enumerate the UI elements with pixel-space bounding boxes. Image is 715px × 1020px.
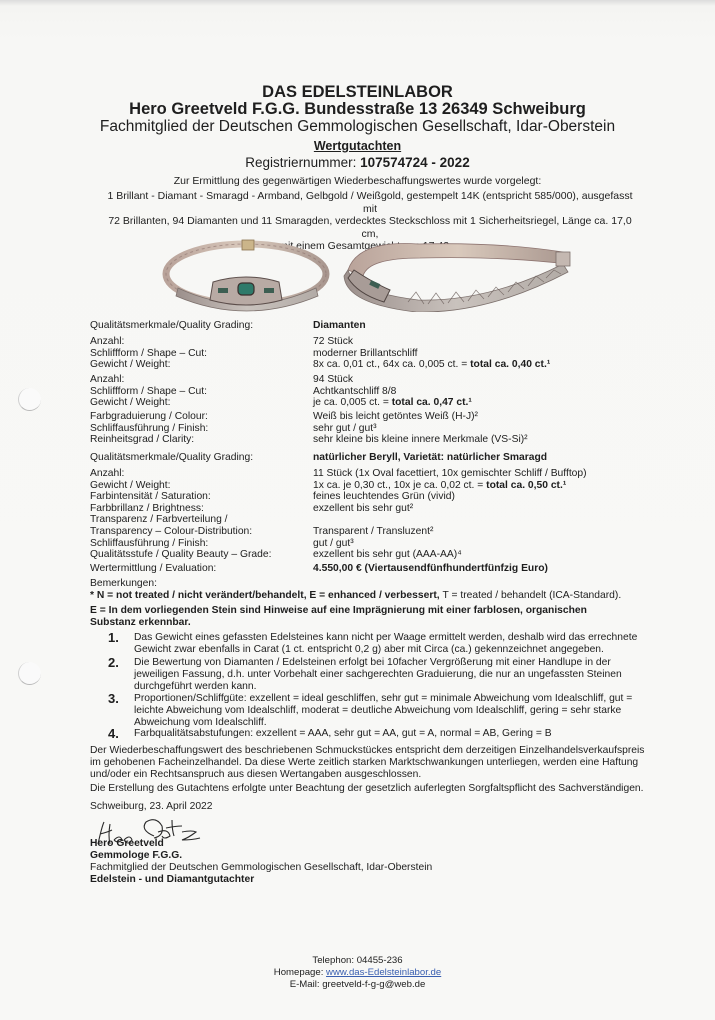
appraiser-name: Hero Greetveld — [90, 838, 164, 850]
diamonds-group1-labels: Anzahl: Schliffform / Shape – Cut: Gewic… — [90, 336, 207, 371]
emerald-values: 11 Stück (1x Oval facettiert, 10x gemisc… — [313, 468, 587, 561]
homepage-link[interactable]: www.das-Edelsteinlabor.de — [326, 967, 441, 978]
diamonds-group2-labels: Anzahl: Schliffform / Shape – Cut: Gewic… — [90, 374, 207, 409]
intro-text: Zur Ermittlung des gegenwärtigen Wiederb… — [0, 175, 715, 187]
diamonds-quality-labels: Farbgraduierung / Colour: Schliffausführ… — [90, 411, 208, 446]
footnote-1: 1. Das Gewicht eines gefassten Edelstein… — [108, 632, 648, 656]
emerald-grading-value: natürlicher Beryll, Varietät: natürliche… — [313, 452, 547, 464]
punch-hole — [18, 662, 41, 685]
emerald-grading-label: Qualitätsmerkmale/Quality Grading: — [90, 452, 253, 464]
remarks-legend: * N = not treated / nicht verändert/beha… — [90, 590, 650, 602]
diamonds-grading-value: Diamanten — [313, 320, 366, 332]
diamonds-group2-values: 94 Stück Achtkantschliff 8/8 je ca. 0,00… — [313, 374, 472, 409]
diamonds-group1-values: 72 Stück moderner Brillantschliff 8x ca.… — [313, 336, 550, 371]
place-date: Schweiburg, 23. April 2022 — [90, 801, 213, 813]
footer-homepage: Homepage: www.das-Edelsteinlabor.de — [0, 967, 715, 979]
lab-address: Hero Greetveld F.G.G. Bundesstraße 13 26… — [0, 100, 715, 119]
document-type: Wertgutachten — [0, 139, 715, 153]
appraiser-membership: Fachmitglied der Deutschen Gemmologische… — [90, 862, 432, 874]
appraiser-title: Gemmologe F.G.G. — [90, 850, 182, 862]
footnote-3: 3. Proportionen/Schliffgüte: exzellent =… — [108, 693, 656, 729]
document-page: DAS EDELSTEINLABOR Hero Greetveld F.G.G.… — [0, 0, 715, 1020]
emerald-labels: Anzahl: Gewicht / Weight: Farbintensität… — [90, 468, 271, 561]
punch-hole — [18, 388, 41, 411]
evaluation-label: Wertermittlung / Evaluation: — [90, 563, 216, 575]
appraiser-role: Edelstein - und Diamantgutachter — [90, 874, 254, 886]
diamonds-quality-values: Weiß bis leicht getöntes Weiß (H-J)² seh… — [313, 411, 528, 446]
bracelet-photo — [158, 230, 578, 312]
registration-number: Registriernummer: 107574724 - 2022 — [0, 155, 715, 170]
disclaimer: Der Wiederbeschaffungswert des beschrieb… — [90, 745, 650, 781]
footer-phone: Telephon: 04455-236 — [0, 955, 715, 967]
footer-email: E-Mail: greetveld-f-g-g@web.de — [0, 979, 715, 991]
remarks-title: Bemerkungen: — [90, 578, 650, 590]
footnote-2: 2. Die Bewertung von Diamanten / Edelste… — [108, 657, 654, 693]
diligence-statement: Die Erstellung des Gutachtens erfolgte u… — [90, 783, 650, 795]
diamonds-grading-label: Qualitätsmerkmale/Quality Grading: — [90, 320, 253, 332]
footnote-4: 4. Farbqualitätsabstufungen: exzellent =… — [108, 728, 668, 740]
evaluation-value: 4.550,00 € (Viertausendfünfhundertfünfzi… — [313, 563, 548, 575]
remarks-treatment: E = In dem vorliegenden Stein sind Hinwe… — [90, 605, 610, 629]
lab-membership: Fachmitglied der Deutschen Gemmologische… — [0, 118, 715, 136]
